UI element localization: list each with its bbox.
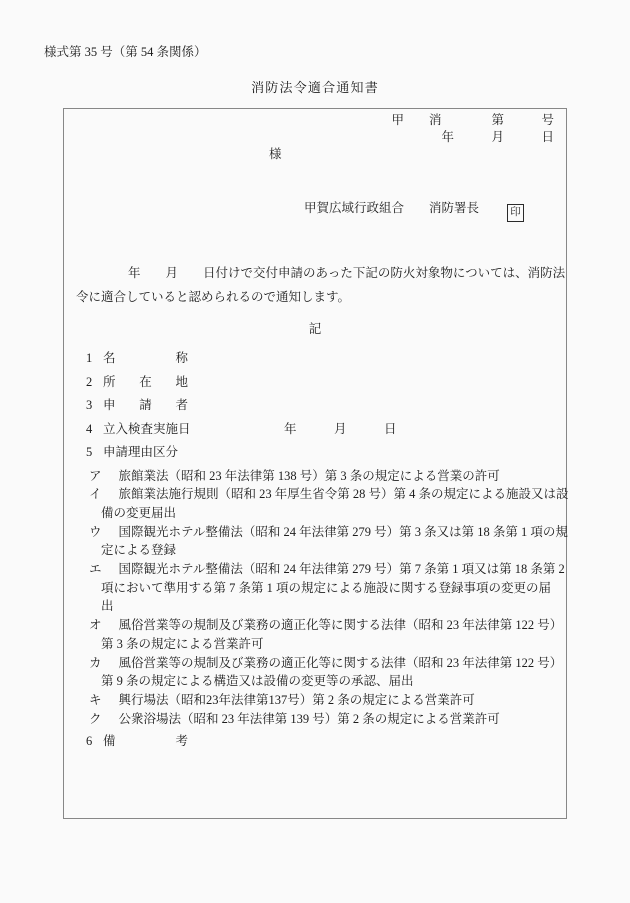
item-label: 名称 [103, 347, 188, 371]
document-title: 消防法令適合通知書 [0, 80, 630, 96]
reason-text: 風俗営業等の規制及び業務の適正化等に関する法律（昭和 23 年法律第 122 号… [119, 618, 563, 632]
item-applicant: 3申請者 [64, 394, 566, 418]
reason-label: ウ [89, 525, 102, 539]
reason-label: オ [89, 618, 102, 632]
item-number: 6 [86, 730, 103, 754]
reason-list: ア旅館業法（昭和 23 年法律第 138 号）第 3 条の規定による営業の許可 … [64, 467, 566, 729]
inspection-date-fields: 年 月 日 [284, 418, 397, 442]
item-label: 申請者 [103, 394, 188, 418]
inkan-seal-icon: 印 [507, 204, 524, 222]
item-list: 1名称 2所在地 3申請者 4立入検査実施日年 月 日 5申請理由区分 [64, 347, 566, 465]
issuer-line: 甲賀広域行政組合 消防署長印 [64, 199, 566, 222]
addressee-honorific: 様 [64, 146, 566, 163]
reason-item-ki: キ興行場法（昭和23年法律第137号）第 2 条の規定による営業許可 [64, 691, 566, 710]
reason-item-e: エ国際観光ホテル整備法（昭和 24 年法律第 279 号）第 7 条第 1 項又… [64, 560, 566, 579]
reason-label: カ [89, 656, 102, 670]
reason-label: ク [89, 712, 102, 726]
reason-text: 風俗営業等の規制及び業務の適正化等に関する法律（昭和 23 年法律第 122 号… [119, 656, 563, 670]
issuer-name: 甲賀広域行政組合 消防署長 [304, 201, 479, 215]
item-inspection-date: 4立入検査実施日年 月 日 [64, 418, 566, 442]
item-label: 備考 [103, 730, 188, 754]
reason-text: 旅館業法（昭和 23 年法律第 138 号）第 3 条の規定による営業の許可 [119, 469, 500, 483]
reason-text: 国際観光ホテル整備法（昭和 24 年法律第 279 号）第 3 条又は第 18 … [119, 525, 568, 539]
reason-text-continued: 備の変更届出 [64, 504, 566, 523]
item-label: 立入検査実施日 [103, 418, 191, 442]
item-remarks: 6備考 [64, 730, 566, 754]
reason-text-continued: 第 3 条の規定による営業許可 [64, 635, 566, 654]
reason-label: ア [89, 469, 102, 483]
item-number: 2 [86, 371, 103, 395]
reason-text-continued: 第 9 条の規定による構造又は設備の変更等の承認、届出 [64, 672, 566, 691]
item-address: 2所在地 [64, 371, 566, 395]
issue-date-line: 年 月 日 [64, 129, 566, 146]
reason-item-ku: ク公衆浴場法（昭和 23 年法律第 139 号）第 2 条の規定による営業許可 [64, 710, 566, 729]
item-number: 1 [86, 347, 103, 371]
item-number: 3 [86, 394, 103, 418]
reason-text: 国際観光ホテル整備法（昭和 24 年法律第 279 号）第 7 条第 1 項又は… [119, 562, 565, 576]
reason-label: エ [89, 562, 102, 576]
item-reason-category: 5申請理由区分 [64, 441, 566, 465]
reason-item-ka: カ風俗営業等の規制及び業務の適正化等に関する法律（昭和 23 年法律第 122 … [64, 654, 566, 673]
notice-box: 甲 消 第 号 年 月 日 様 甲賀広域行政組合 消防署長印 年 月 日付けで交… [63, 108, 567, 819]
reason-label: キ [89, 693, 102, 707]
item-number: 4 [86, 418, 103, 442]
reason-item-o: オ風俗営業等の規制及び業務の適正化等に関する法律（昭和 23 年法律第 122 … [64, 616, 566, 635]
notice-body-line-2: 令に適合していると認められるので通知します。 [76, 286, 558, 310]
item-label: 申請理由区分 [103, 441, 188, 465]
item-number: 5 [86, 441, 103, 465]
record-marker: 記 [64, 321, 566, 338]
item-name: 1名称 [64, 347, 566, 371]
reason-label: イ [89, 487, 102, 501]
reason-text: 旅館業法施行規則（昭和 23 年厚生省令第 28 号）第 4 条の規定による施設… [119, 487, 569, 501]
document-page: 様式第 35 号（第 54 条関係） 消防法令適合通知書 甲 消 第 号 年 月… [0, 0, 630, 903]
reason-text: 公衆浴場法（昭和 23 年法律第 139 号）第 2 条の規定による営業許可 [119, 712, 500, 726]
reason-text-continued: 定による登録 [64, 541, 566, 560]
reason-item-u: ウ国際観光ホテル整備法（昭和 24 年法律第 279 号）第 3 条又は第 18… [64, 523, 566, 542]
reason-text-continued: 出 [64, 597, 566, 616]
reason-text-continued: 項において準用する第 7 条第 1 項の規定による施設に関する登録事項の変更の届 [64, 579, 566, 598]
form-number: 様式第 35 号（第 54 条関係） [44, 45, 207, 60]
notice-body-line-1: 年 月 日付けで交付申請のあった下記の防火対象物については、消防法 [76, 262, 558, 286]
reference-number-line: 甲 消 第 号 [64, 112, 566, 129]
reason-item-i: イ旅館業法施行規則（昭和 23 年厚生省令第 28 号）第 4 条の規定による施… [64, 485, 566, 504]
reason-item-a: ア旅館業法（昭和 23 年法律第 138 号）第 3 条の規定による営業の許可 [64, 467, 566, 486]
reason-text: 興行場法（昭和23年法律第137号）第 2 条の規定による営業許可 [119, 693, 475, 707]
item-label: 所在地 [103, 371, 188, 395]
notice-body: 年 月 日付けで交付申請のあった下記の防火対象物については、消防法 令に適合して… [76, 262, 558, 309]
